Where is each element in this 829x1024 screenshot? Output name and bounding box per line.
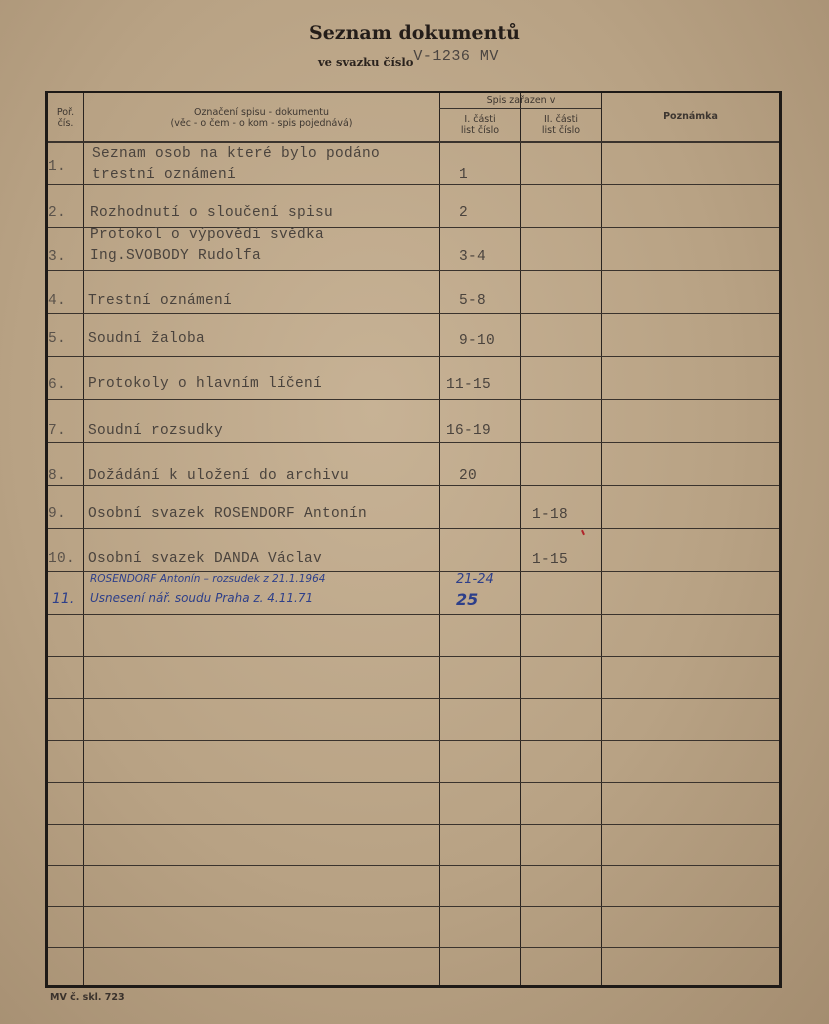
row-number: 7. (48, 423, 66, 439)
document-table: Poř. čís. Označení spisu - dokumentu (vě… (45, 91, 782, 988)
row-description: Rozhodnutí o sloučení spisu (90, 205, 333, 221)
row-number: 3. (48, 249, 66, 265)
volume-label: ve svazku číslo (318, 55, 413, 69)
header-por: Poř. (48, 107, 83, 118)
row-part1: 5-8 (459, 293, 486, 309)
row-number: 8. (48, 468, 66, 484)
row-part1: 2 (459, 205, 468, 221)
row-part2: 1-18 (532, 507, 568, 523)
row-part1: 20 (459, 468, 477, 484)
row-rule (48, 906, 779, 907)
row-part1: 16-19 (446, 423, 491, 439)
row-part1: 1 (459, 167, 468, 183)
header-part2: II. části list číslo (521, 114, 601, 136)
row-rule (48, 571, 779, 572)
row-rule (48, 399, 779, 400)
row-number: 4. (48, 293, 66, 309)
row-number: 1. (48, 159, 66, 175)
row-rule (48, 782, 779, 783)
row-description-line2: trestní oznámení (92, 167, 236, 183)
row-description: Trestní oznámení (88, 293, 232, 309)
row-rule (48, 313, 779, 314)
row-description: Dožádání k uložení do archivu (88, 468, 349, 484)
row-number: 2. (48, 205, 66, 221)
row-rule (48, 614, 779, 615)
row-part1: 11-15 (446, 377, 491, 393)
row-part1: 3-4 (459, 249, 486, 265)
rule-header-bottom (48, 141, 779, 143)
red-ink-mark (581, 530, 585, 535)
header-description-line2: (věc - o čem - o kom - spis pojednává) (84, 118, 439, 129)
row-number: 5. (48, 331, 66, 347)
row-number: 10. (48, 551, 75, 567)
header-part2-line2: list číslo (521, 125, 601, 136)
row-description-line2: Usnesení nář. soudu Praha z. 4.11.71 (90, 591, 313, 605)
row-part1-line1: 21-24 (456, 572, 494, 587)
row-rule (48, 442, 779, 443)
header-part2-line1: II. části (521, 114, 601, 125)
row-rule (48, 485, 779, 486)
document-title: Seznam dokumentů (0, 22, 829, 44)
header-part1: I. části list číslo (440, 114, 520, 136)
row-description: Soudní rozsudky (88, 423, 223, 439)
row-rule (48, 740, 779, 741)
volume-line: ve svazku čísloV-1236 MV (318, 54, 499, 71)
row-rule (48, 656, 779, 657)
header-por-cis: Poř. čís. (48, 107, 83, 129)
header-note: Poznámka (602, 111, 779, 122)
row-number: 9. (48, 506, 66, 522)
row-description-line1: Seznam osob na které bylo podáno (92, 146, 380, 162)
row-rule (48, 865, 779, 866)
row-description-line2: Ing.SVOBODY Rudolfa (90, 248, 261, 264)
row-description-line1: Protokol o výpovědi svědka (90, 227, 324, 243)
row-part1: 9-10 (459, 333, 495, 349)
row-part1-line2: 25 (456, 590, 478, 609)
row-description: Osobní svazek DANDA Václav (88, 551, 322, 567)
row-number: 6. (48, 377, 66, 393)
row-description-line1: ROSENDORF Antonín – rozsudek z 21.1.1964 (90, 573, 325, 585)
header-description-line1: Označení spisu - dokumentu (84, 107, 439, 118)
row-rule (48, 698, 779, 699)
row-rule (48, 947, 779, 948)
row-description: Protokoly o hlavním líčení (88, 376, 322, 392)
row-description: Osobní svazek ROSENDORF Antonín (88, 506, 367, 522)
row-description: Soudní žaloba (88, 331, 205, 347)
row-rule (48, 824, 779, 825)
rule-group-header (439, 108, 601, 109)
form-number: MV č. skl. 723 (50, 992, 125, 1003)
volume-number: V-1236 MV (413, 48, 499, 65)
header-part1-line2: list číslo (440, 125, 520, 136)
row-rule (48, 528, 779, 529)
row-number: 11. (52, 591, 74, 607)
row-rule (48, 184, 779, 185)
header-cis: čís. (48, 118, 83, 129)
row-rule (48, 270, 779, 271)
row-rule (48, 356, 779, 357)
row-part2: 1-15 (532, 552, 568, 568)
header-description: Označení spisu - dokumentu (věc - o čem … (84, 107, 439, 129)
header-part1-line1: I. části (440, 114, 520, 125)
header-group: Spis zařazen v (440, 95, 602, 106)
